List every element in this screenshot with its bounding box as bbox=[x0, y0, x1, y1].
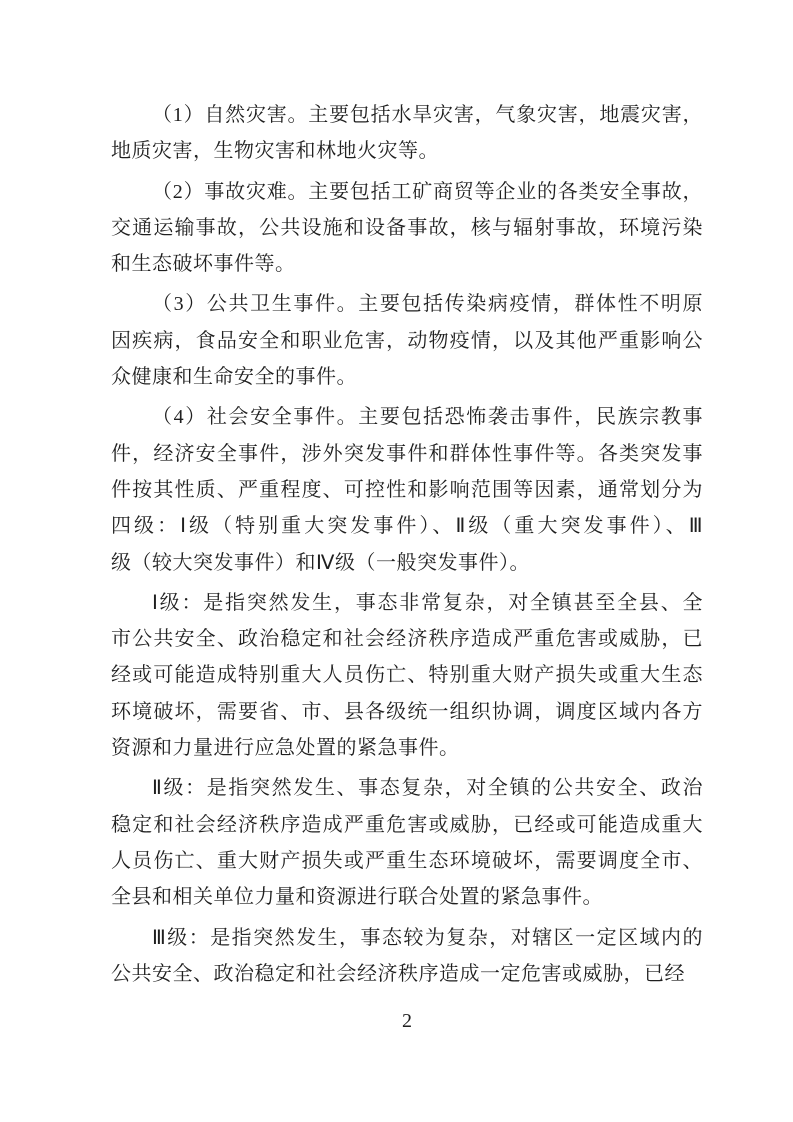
text-line: 经或可能造成特别重大人员伤亡、特别重大财产损失或重大生态 bbox=[111, 657, 703, 693]
text-line: 件按其性质、严重程度、可控性和影响范围等因素，通常划分为 bbox=[111, 472, 703, 508]
text-line: 稳定和社会经济秩序造成严重危害或威胁，已经或可能造成重大 bbox=[111, 807, 703, 843]
text-line: 公共安全、政治稳定和社会经济秩序造成一定危害或威胁，已经 bbox=[111, 956, 703, 992]
text-line: Ⅱ级：是指突然发生、事态复杂，对全镇的公共安全、政治 bbox=[111, 770, 703, 806]
text-line: 资源和力量进行应急处置的紧急事件。 bbox=[111, 730, 703, 766]
text-line: 四级：Ⅰ级（特别重大突发事件）、Ⅱ级（重大突发事件）、Ⅲ bbox=[111, 508, 703, 544]
text-line: 人员伤亡、重大财产损失或严重生态环境破坏，需要调度全市、 bbox=[111, 843, 703, 879]
page-number: 2 bbox=[402, 1010, 412, 1032]
paragraph: Ⅱ级：是指突然发生、事态复杂，对全镇的公共安全、政治稳定和社会经济秩序造成严重危… bbox=[111, 770, 703, 915]
text-line: 众健康和生命安全的事件。 bbox=[111, 359, 703, 395]
document-body: （1）自然灾害。主要包括水旱灾害，气象灾害，地震灾害，地质灾害，生物灾害和林地火… bbox=[111, 97, 703, 996]
paragraph: （1）自然灾害。主要包括水旱灾害，气象灾害，地震灾害，地质灾害，生物灾害和林地火… bbox=[111, 97, 703, 170]
text-line: 地质灾害，生物灾害和林地火灾等。 bbox=[111, 133, 703, 169]
text-line: 市公共安全、政治稳定和社会经济秩序造成严重危害或威胁，已 bbox=[111, 621, 703, 657]
text-line: （4）社会安全事件。主要包括恐怖袭击事件，民族宗教事 bbox=[111, 399, 703, 435]
text-line: 件，经济安全事件，涉外突发事件和群体性事件等。各类突发事 bbox=[111, 436, 703, 472]
paragraph: Ⅲ级：是指突然发生，事态较为复杂，对辖区一定区域内的公共安全、政治稳定和社会经济… bbox=[111, 920, 703, 993]
text-line: 环境破坏，需要省、市、县各级统一组织协调，调度区域内各方 bbox=[111, 694, 703, 730]
text-line: 交通运输事故，公共设施和设备事故，核与辐射事故，环境污染 bbox=[111, 210, 703, 246]
text-line: Ⅲ级：是指突然发生，事态较为复杂，对辖区一定区域内的 bbox=[111, 920, 703, 956]
text-line: Ⅰ级：是指突然发生，事态非常复杂，对全镇甚至全县、全 bbox=[111, 585, 703, 621]
text-line: 级（较大突发事件）和Ⅳ级（一般突发事件）。 bbox=[111, 545, 703, 581]
paragraph: （2）事故灾难。主要包括工矿商贸等企业的各类安全事故，交通运输事故，公共设施和设… bbox=[111, 174, 703, 283]
text-line: （3）公共卫生事件。主要包括传染病疫情，群体性不明原 bbox=[111, 286, 703, 322]
text-line: （2）事故灾难。主要包括工矿商贸等企业的各类安全事故， bbox=[111, 174, 703, 210]
document-page: （1）自然灾害。主要包括水旱灾害，气象灾害，地震灾害，地质灾害，生物灾害和林地火… bbox=[0, 0, 793, 1122]
paragraph: （3）公共卫生事件。主要包括传染病疫情，群体性不明原因疾病，食品安全和职业危害，… bbox=[111, 286, 703, 395]
paragraph: Ⅰ级：是指突然发生，事态非常复杂，对全镇甚至全县、全市公共安全、政治稳定和社会经… bbox=[111, 585, 703, 766]
text-line: 全县和相关单位力量和资源进行联合处置的紧急事件。 bbox=[111, 879, 703, 915]
page-footer: 2 bbox=[111, 1006, 703, 1036]
paragraph: （4）社会安全事件。主要包括恐怖袭击事件，民族宗教事件，经济安全事件，涉外突发事… bbox=[111, 399, 703, 580]
text-line: 因疾病，食品安全和职业危害，动物疫情，以及其他严重影响公 bbox=[111, 323, 703, 359]
text-line: 和生态破坏事件等。 bbox=[111, 246, 703, 282]
text-line: （1）自然灾害。主要包括水旱灾害，气象灾害，地震灾害， bbox=[111, 97, 703, 133]
